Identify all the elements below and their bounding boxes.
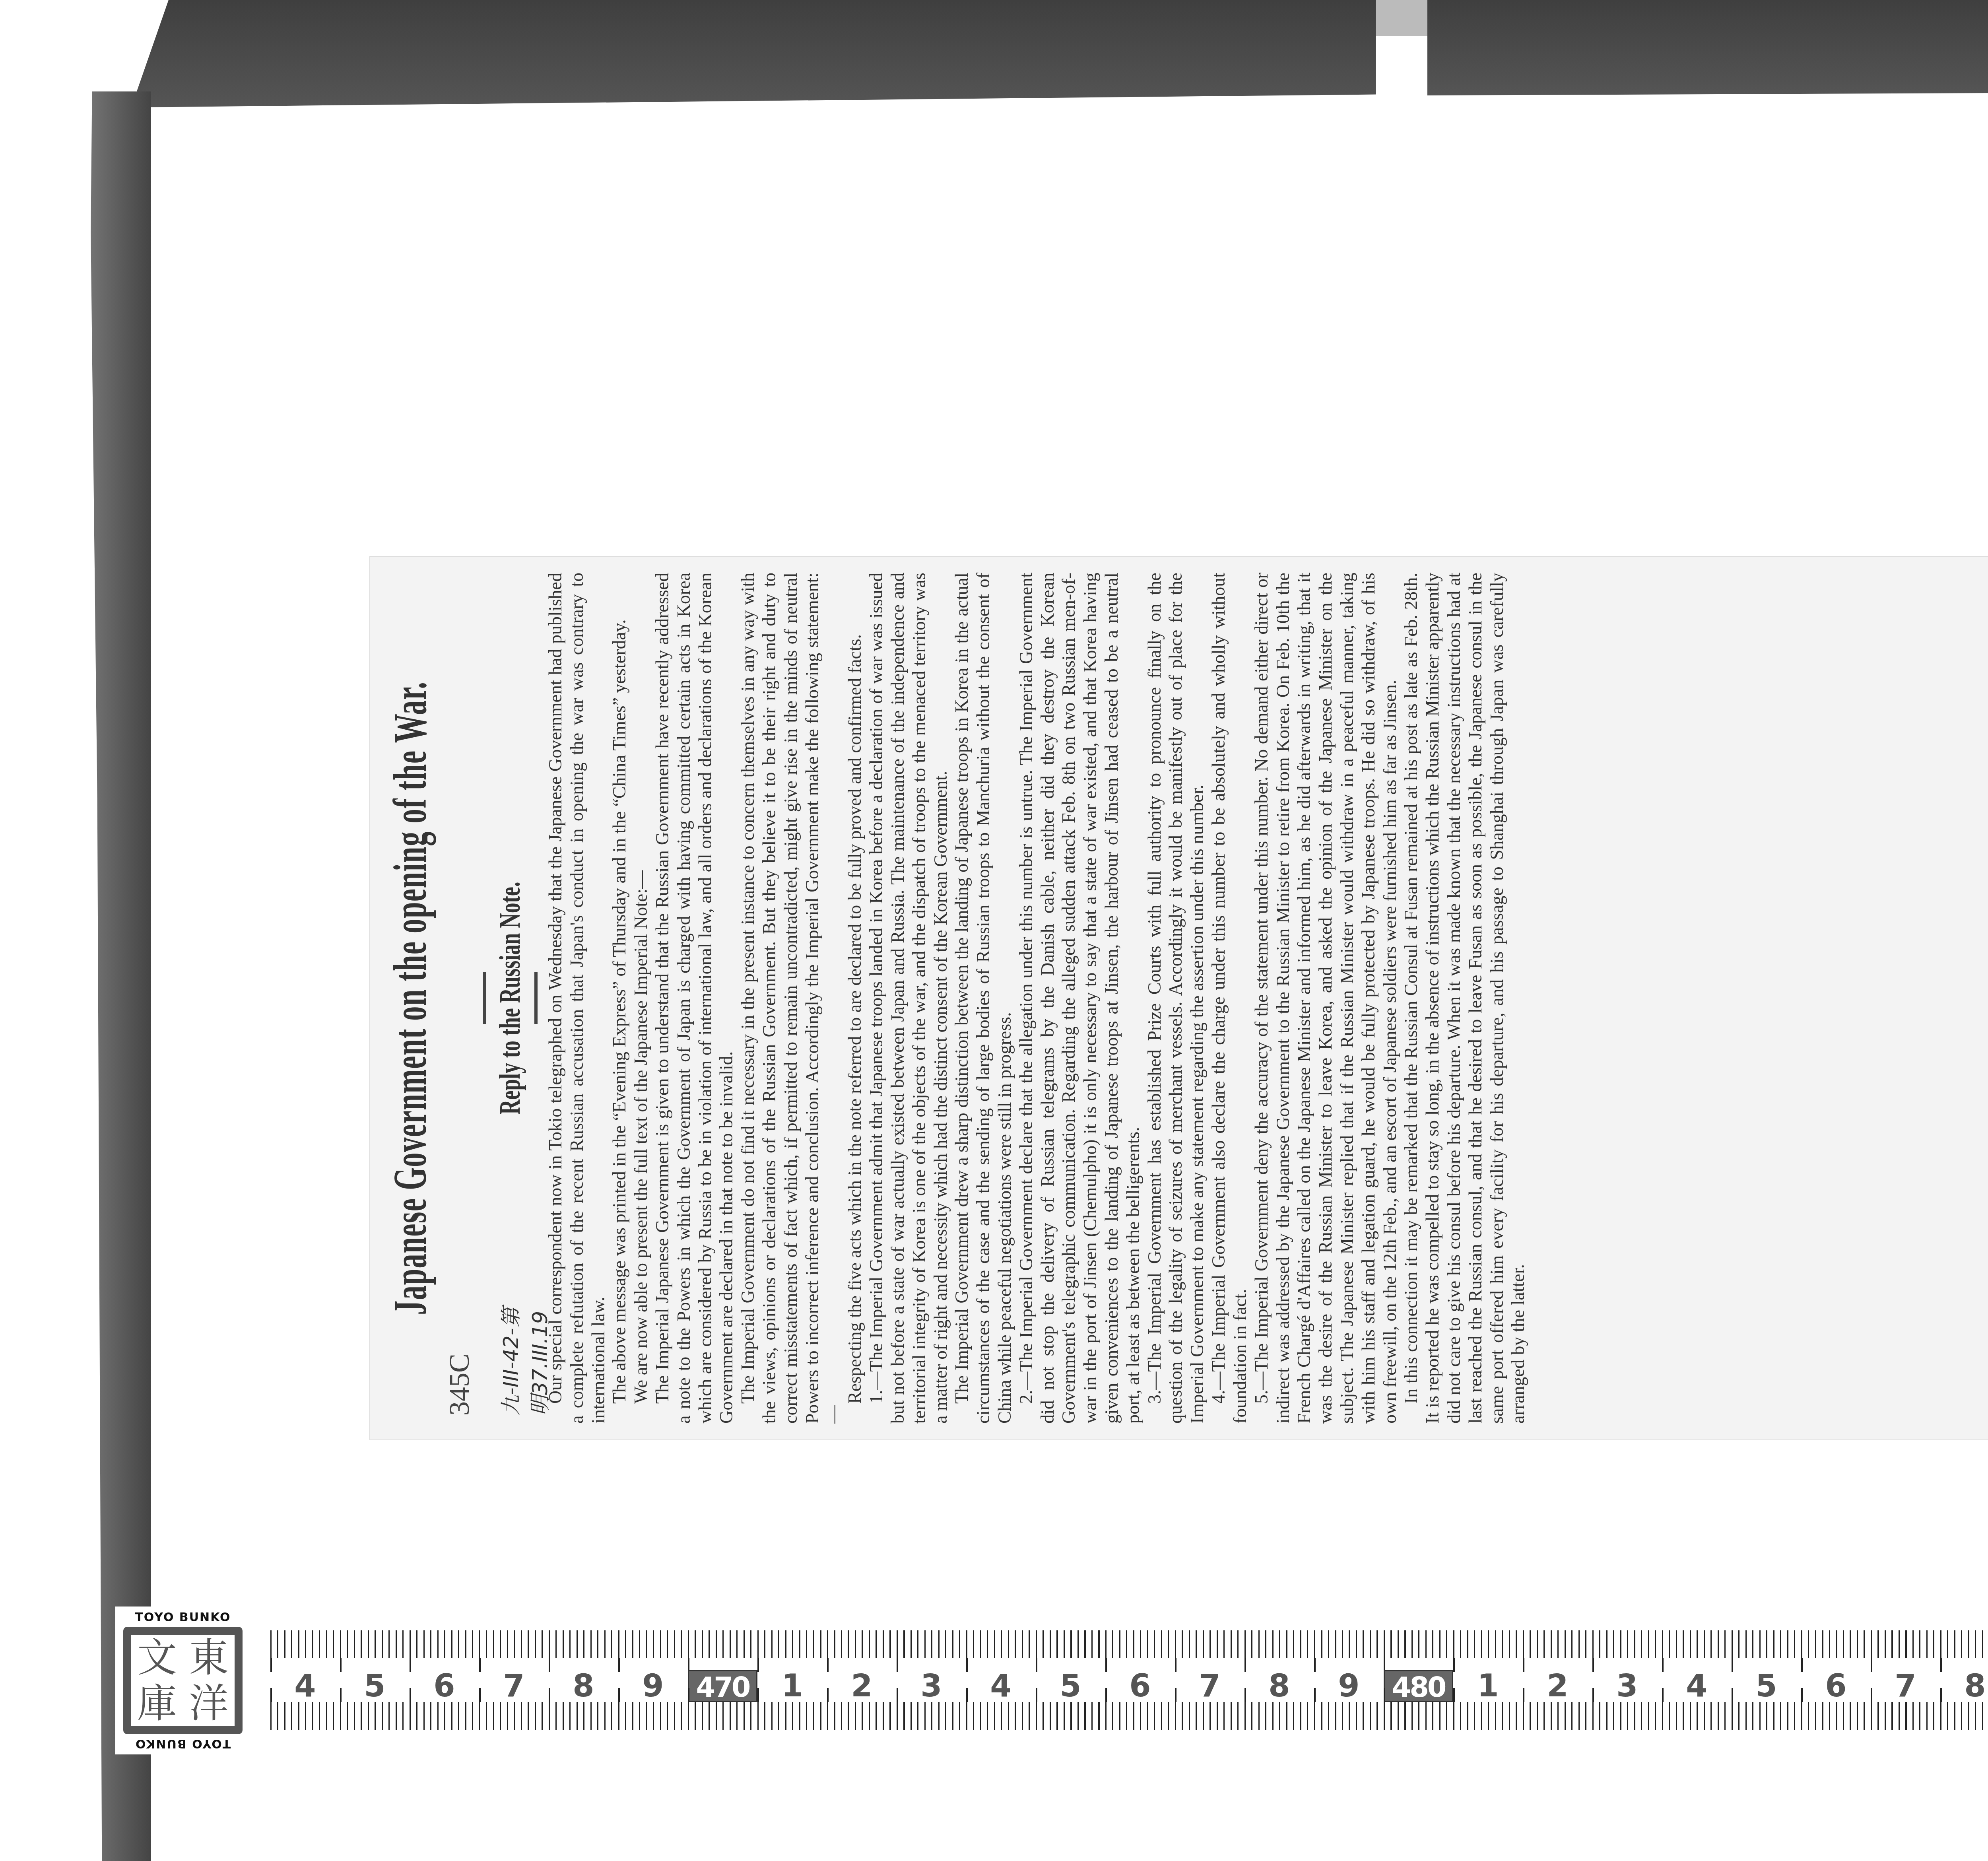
article-body: Our special correspondent now in Tokio t… xyxy=(545,573,1529,1424)
catalog-number: 345C xyxy=(443,1354,476,1416)
paragraph: The Imperial Japanese Government is give… xyxy=(652,573,737,1424)
scanner-backdrop-top-right xyxy=(1427,0,1988,95)
measuring-ruler: 456789470123456789480123456789490123456 xyxy=(270,1630,1988,1730)
paragraph: Respecting the five acts which in the no… xyxy=(844,573,866,1424)
logo-seal: 文 東 庫 洋 xyxy=(123,1627,243,1734)
paragraph: 5.—The Imperial Government deny the accu… xyxy=(1251,573,1401,1424)
scanner-backdrop-left xyxy=(85,91,151,1861)
divider-rule xyxy=(534,972,538,1024)
logo-kanji: 庫 xyxy=(137,1684,177,1723)
newspaper-clipping: Japanese Government on the opening of th… xyxy=(370,557,1988,1439)
handwritten-annotations: 九-III-42-第 明37.III.19 xyxy=(497,1307,555,1416)
headline: Japanese Government on the opening of th… xyxy=(386,573,435,1423)
paragraph: In this connection it may be remarked th… xyxy=(1400,573,1529,1424)
paragraph: 3.—The Imperial Government has establish… xyxy=(1144,573,1208,1424)
toyo-bunko-logo-ruler: TOYO BUNKO 文 東 庫 洋 TOYO BUNKO xyxy=(115,1607,250,1754)
divider-rule xyxy=(483,972,486,1024)
logo-text-bottom: TOYO BUNKO xyxy=(135,1737,231,1750)
paragraph: We are now able to present the full text… xyxy=(630,573,652,1424)
scanner-backdrop-top-left xyxy=(131,0,1376,107)
ruler-ticks-top xyxy=(270,1630,1988,1658)
ruler-ticks-bottom xyxy=(270,1702,1988,1730)
handwritten-note: 明37.III.19 xyxy=(526,1307,555,1416)
paragraph: The Imperial Government drew a sharp dis… xyxy=(951,573,1015,1424)
paragraph: Our special correspondent now in Tokio t… xyxy=(545,573,609,1424)
paragraph: The above message was printed in the “Ev… xyxy=(609,573,630,1424)
logo-kanji: 洋 xyxy=(189,1684,229,1723)
paragraph: The Imperial Government do not find it n… xyxy=(737,573,844,1424)
subheadline: Reply to the Russian Note. xyxy=(493,700,527,1296)
clipping-content: Japanese Government on the opening of th… xyxy=(370,557,1988,1439)
logo-text-top: TOYO BUNKO xyxy=(135,1610,231,1624)
scanner-gap xyxy=(1376,0,1427,36)
catalog-line: 345C xyxy=(443,573,476,1416)
logo-kanji: 東 xyxy=(189,1638,229,1678)
handwritten-note: 九-III-42-第 xyxy=(497,1307,526,1416)
paragraph: 2.—The Imperial Government declare that … xyxy=(1015,573,1144,1424)
logo-kanji: 文 xyxy=(137,1638,177,1678)
paragraph: 4.—The Imperial Government also declare … xyxy=(1208,573,1251,1424)
paragraph: 1.—The Imperial Government admit that Ja… xyxy=(866,573,951,1424)
